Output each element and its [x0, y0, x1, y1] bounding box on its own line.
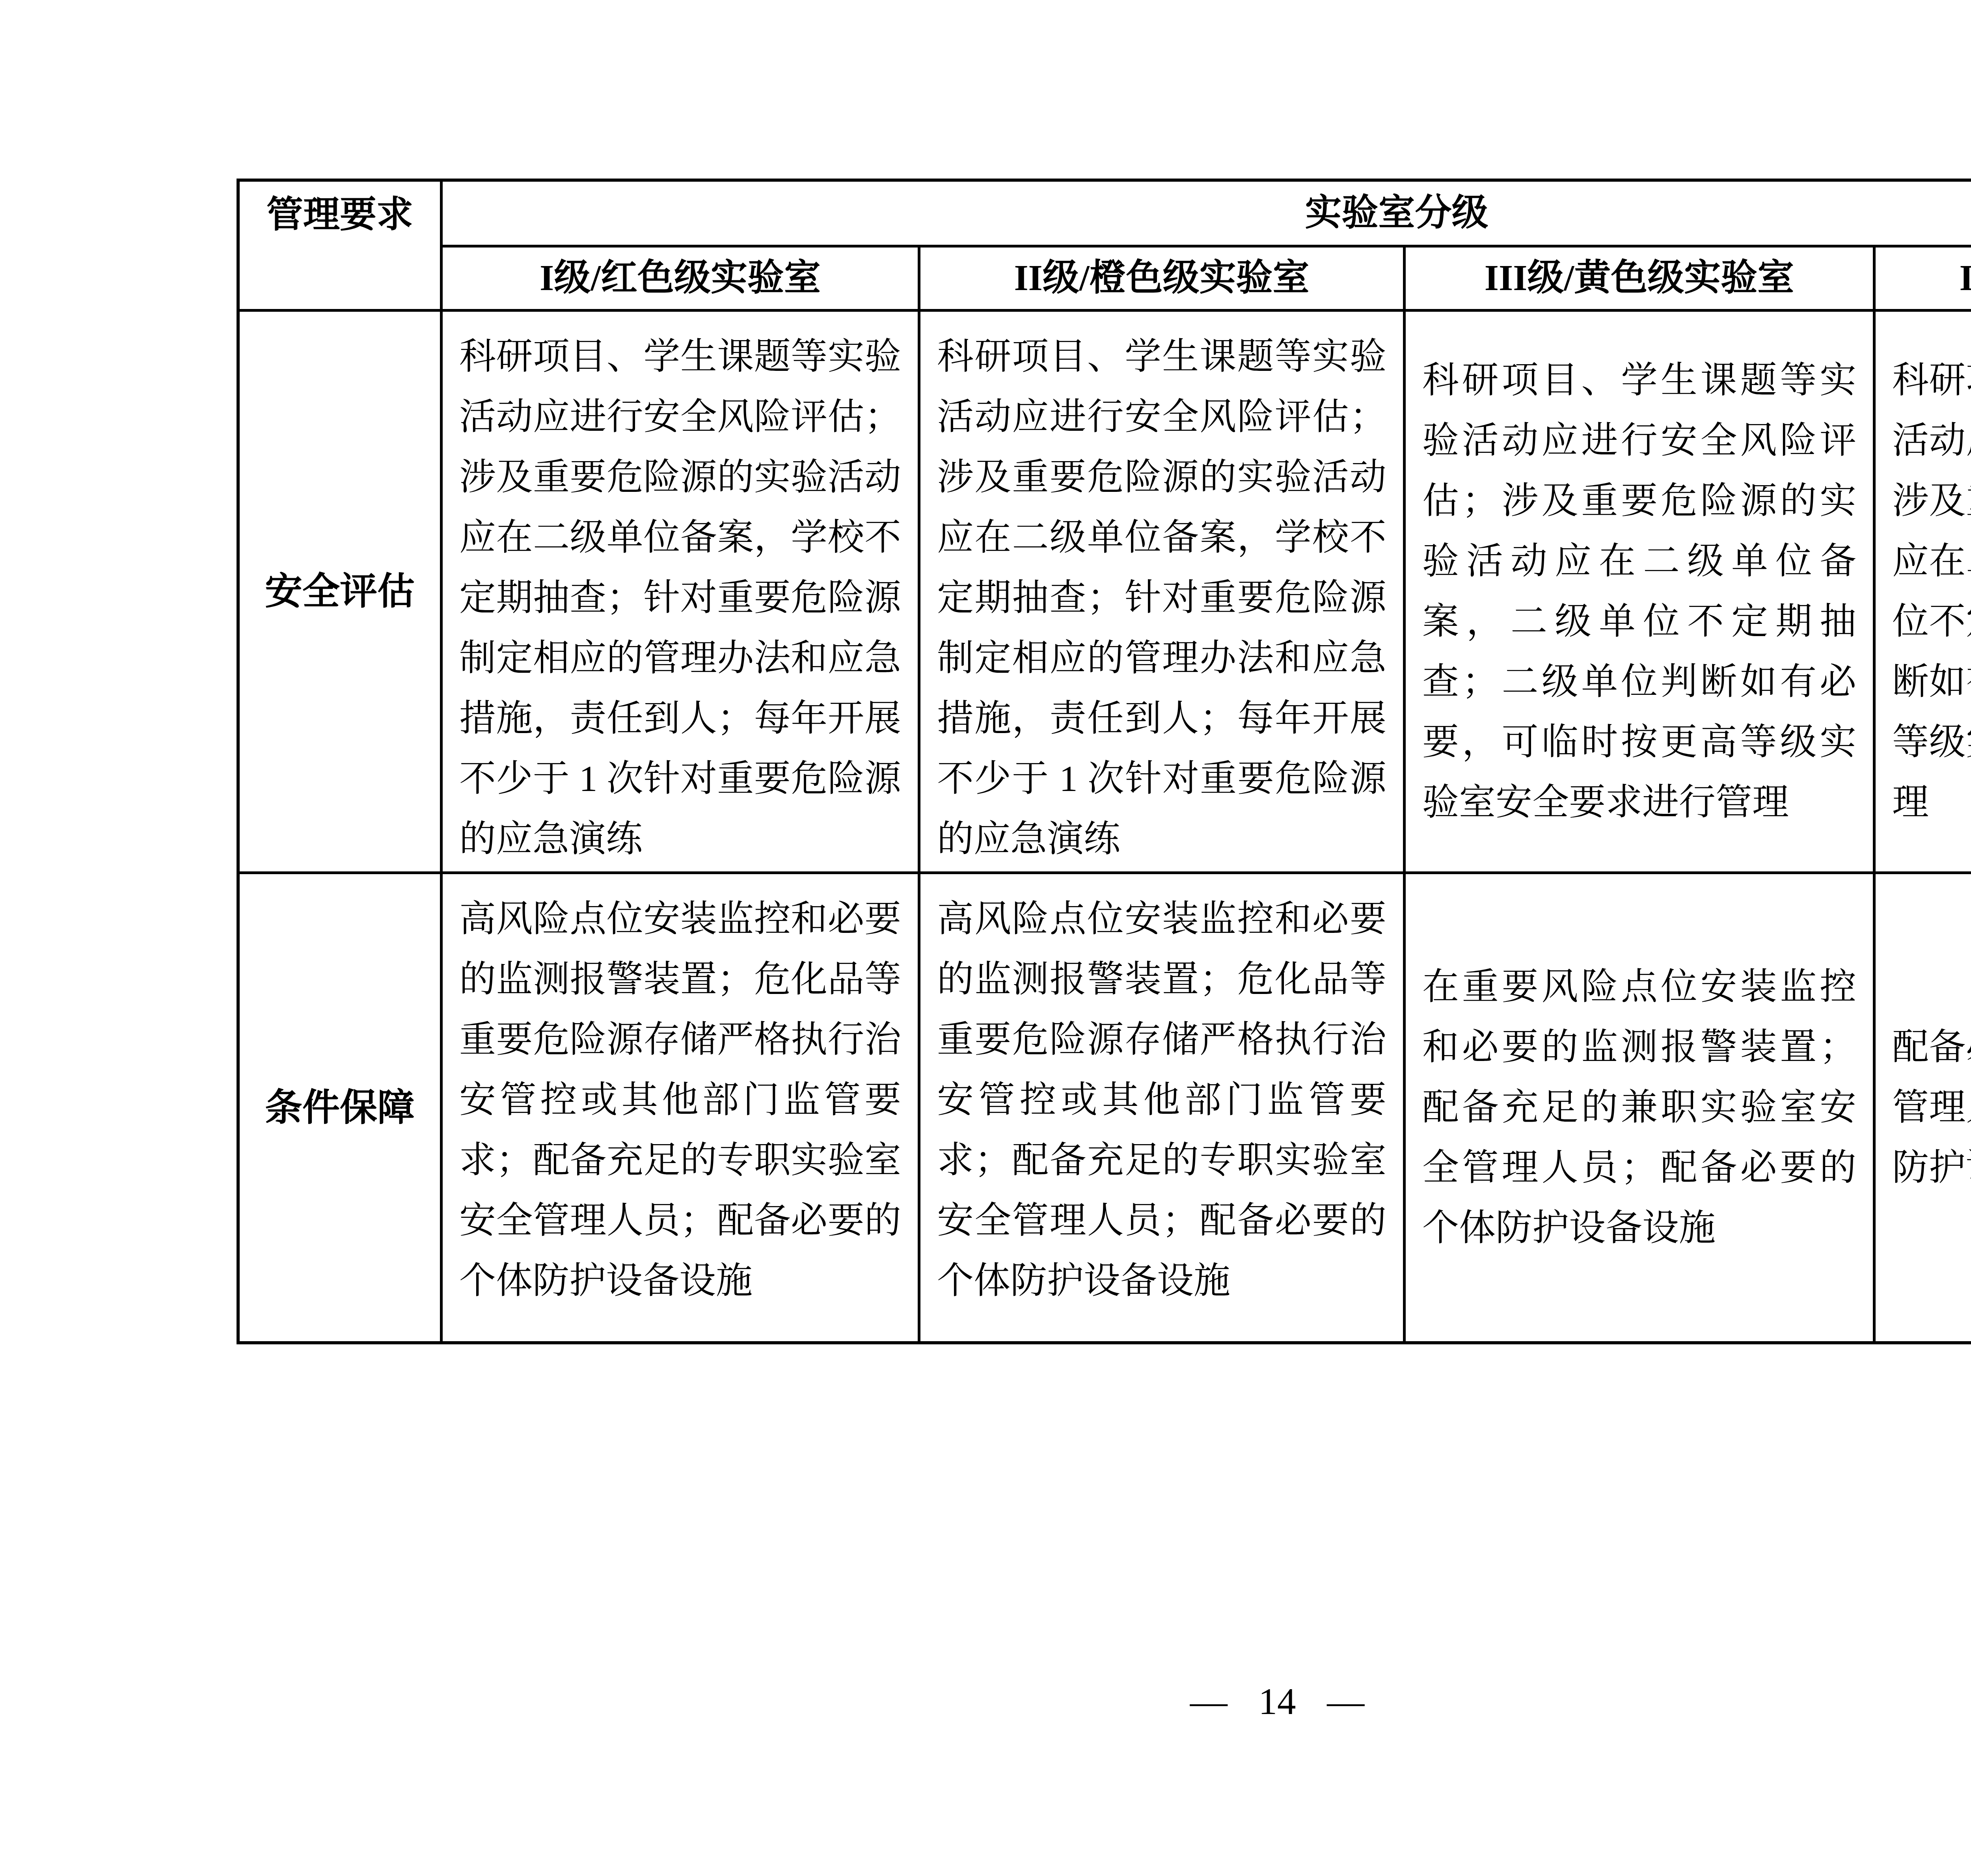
row-label-safety-assessment: 安全评估	[240, 312, 443, 874]
cell-safety-assessment-level2: 科研项目、学生课题等实验活动应进行安全风险评估；涉及重要危险源的实验活动应在二级…	[920, 312, 1406, 874]
lab-classification-table: 管理要求 实验室分级 I级/红色级实验室 II级/橙色级实验室 III级/黄色级…	[237, 179, 1971, 1344]
cell-condition-support-level4: 配备必要的兼职实验室安全管理人员；配备必要的个体防护设备设施	[1876, 874, 1971, 1341]
cell-text-condition-level3: 在重要风险点位安装监控和必要的监测报警装置；配备充足的兼职实验室安全管理人员；配…	[1422, 957, 1856, 1258]
cell-text-condition-level2: 高风险点位安装监控和必要的监测报警装置；危化品等重要危险源存储严格执行治安管控或…	[937, 889, 1386, 1311]
column-header-level1-red: I级/红色级实验室	[443, 248, 920, 312]
cell-safety-assessment-level3: 科研项目、学生课题等实验活动应进行安全风险评估；涉及重要危险源的实验活动应在二级…	[1406, 312, 1876, 874]
document-page: 管理要求 实验室分级 I级/红色级实验室 II级/橙色级实验室 III级/黄色级…	[0, 0, 1971, 1876]
cell-text-safety-level4: 科研项目、学生课题等实验活动应进行安全风险评估；涉及重要危险源的实验活动应在二级…	[1892, 350, 1971, 833]
corner-header-label: 管理要求	[266, 194, 413, 237]
column-header-level2-label: II级/橙色级实验室	[1014, 257, 1309, 300]
column-header-level2-orange: II级/橙色级实验室	[920, 248, 1406, 312]
column-header-level4-label: IV级/蓝色级实验室	[1959, 257, 1971, 300]
cell-text-condition-level1: 高风险点位安装监控和必要的监测报警装置；危化品等重要危险源存储严格执行治安管控或…	[459, 889, 901, 1311]
column-header-level3-yellow: III级/黄色级实验室	[1406, 248, 1876, 312]
cell-text-safety-level2: 科研项目、学生课题等实验活动应进行安全风险评估；涉及重要危险源的实验活动应在二级…	[937, 327, 1386, 869]
corner-header-cell: 管理要求	[240, 182, 443, 312]
column-header-level1-label: I级/红色级实验室	[540, 257, 821, 300]
group-header-cell: 实验室分级	[443, 182, 1971, 248]
page-number: — 14 —	[1190, 1680, 1365, 1723]
cell-text-safety-level1: 科研项目、学生课题等实验活动应进行安全风险评估；涉及重要危险源的实验活动应在二级…	[459, 327, 901, 869]
cell-condition-support-level2: 高风险点位安装监控和必要的监测报警装置；危化品等重要危险源存储严格执行治安管控或…	[920, 874, 1406, 1341]
page-number-text: — 14 —	[1190, 1681, 1365, 1722]
cell-condition-support-level3: 在重要风险点位安装监控和必要的监测报警装置；配备充足的兼职实验室安全管理人员；配…	[1406, 874, 1876, 1341]
column-header-level3-label: III级/黄色级实验室	[1485, 257, 1794, 300]
cell-safety-assessment-level1: 科研项目、学生课题等实验活动应进行安全风险评估；涉及重要危险源的实验活动应在二级…	[443, 312, 920, 874]
cell-condition-support-level1: 高风险点位安装监控和必要的监测报警装置；危化品等重要危险源存储严格执行治安管控或…	[443, 874, 920, 1341]
cell-text-condition-level4: 配备必要的兼职实验室安全管理人员；配备必要的个体防护设备设施	[1892, 1017, 1971, 1198]
row-label-safety-assessment-text: 安全评估	[265, 568, 415, 615]
cell-text-safety-level3: 科研项目、学生课题等实验活动应进行安全风险评估；涉及重要危险源的实验活动应在二级…	[1422, 350, 1856, 833]
row-label-condition-support: 条件保障	[240, 874, 443, 1341]
row-label-condition-support-text: 条件保障	[265, 1084, 415, 1132]
cell-safety-assessment-level4: 科研项目、学生课题等实验活动应进行安全风险评估；涉及重要危险源的实验活动应在二级…	[1876, 312, 1971, 874]
column-header-level4-blue: IV级/蓝色级实验室	[1876, 248, 1971, 312]
group-header-label: 实验室分级	[1305, 192, 1488, 235]
